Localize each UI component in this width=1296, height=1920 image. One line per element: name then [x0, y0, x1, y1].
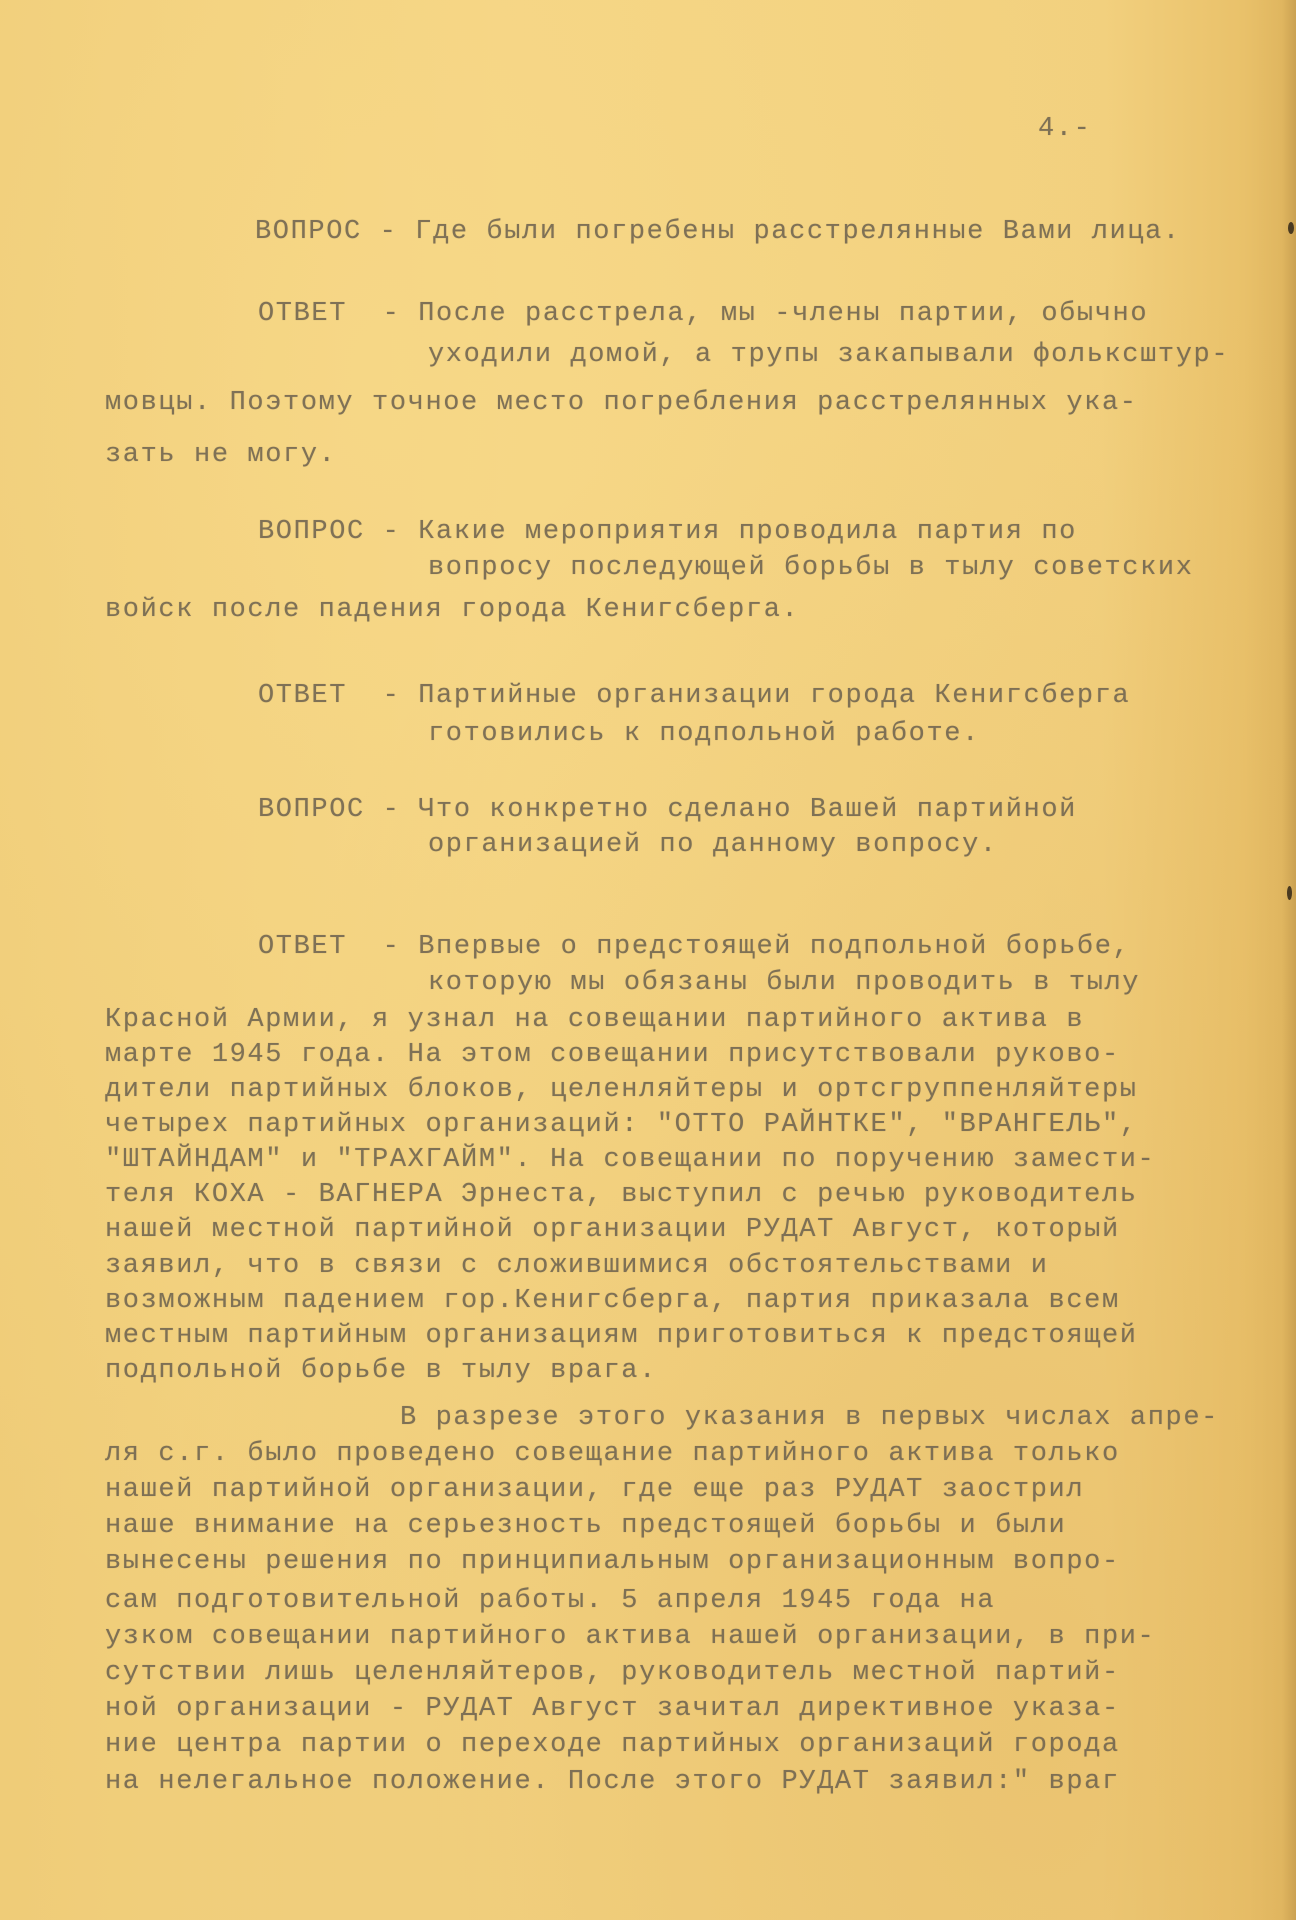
text-line: ние центра партии о переходе партийных о… [105, 1728, 1120, 1762]
text-line: ной организации - РУДАТ Август зачитал д… [105, 1692, 1120, 1726]
text-line: уходили домой, а трупы закапывали фолькс… [428, 338, 1229, 372]
text-line: которую мы обязаны были проводить в тылу [428, 966, 1140, 1000]
page-edge-shadow [1282, 0, 1296, 1920]
text-line: ВОПРОС - Что конкретно сделано Вашей пар… [258, 793, 1077, 827]
text-line: нашей партийной организации, где еще раз… [105, 1473, 1084, 1507]
text-line: "ШТАЙНДАМ" и "ТРАХГАЙМ". На совещании по… [105, 1143, 1155, 1177]
text-line: ОТВЕТ - После расстрела, мы -члены парти… [258, 297, 1148, 331]
text-line: наше внимание на серьезность предстоящей… [105, 1509, 1066, 1543]
text-line: ВОПРОС - Какие мероприятия проводила пар… [258, 515, 1077, 549]
text-line: вынесены решения по принципиальным орган… [105, 1545, 1120, 1579]
text-line: готовились к подпольной работе. [428, 717, 980, 751]
text-line: войск после падения города Кенигсберга. [105, 593, 799, 627]
text-line: сам подготовительной работы. 5 апреля 19… [105, 1584, 995, 1618]
text-line: местным партийным организациям приготови… [105, 1319, 1138, 1353]
text-line: вопросу последующей борьбы в тылу советс… [428, 551, 1194, 585]
text-line: ОТВЕТ - Впервые о предстоящей подпольной… [258, 930, 1130, 964]
text-line: на нелегальное положение. После этого РУ… [105, 1765, 1120, 1799]
text-line: сутствии лишь целенляйтеров, руководител… [105, 1656, 1120, 1690]
text-line: возможным падением гор.Кенигсберга, парт… [105, 1284, 1120, 1318]
page-number: 4.- [1038, 112, 1091, 146]
text-line: мовцы. Поэтому точное место погребления … [105, 386, 1138, 420]
text-line: Красной Армии, я узнал на совещании парт… [105, 1003, 1084, 1037]
text-line: ля с.г. было проведено совещание партийн… [105, 1437, 1120, 1471]
text-line: нашей местной партийной организации РУДА… [105, 1213, 1120, 1247]
text-line: четырех партийных организаций: "ОТТО РАЙ… [105, 1108, 1138, 1142]
text-line: зать не могу. [105, 438, 336, 472]
text-line: подпольной борьбе в тылу врага. [105, 1354, 657, 1388]
text-line: заявил, что в связи с сложившимися обсто… [105, 1249, 1049, 1283]
text-line: дители партийных блоков, целенляйтеры и … [105, 1073, 1138, 1107]
text-line: узком совещании партийного актива нашей … [105, 1620, 1155, 1654]
text-line: организацией по данному вопросу. [428, 828, 998, 862]
text-line: теля КОХА - ВАГНЕРА Эрнеста, выступил с … [105, 1178, 1138, 1212]
text-line: В разрезе этого указания в первых числах… [400, 1401, 1219, 1435]
text-line: ОТВЕТ - Партийные организации города Кен… [258, 679, 1130, 713]
text-line: марте 1945 года. На этом совещании прису… [105, 1038, 1120, 1072]
paper-mark [1288, 222, 1294, 234]
text-line: ВОПРОС - Где были погребены расстрелянны… [255, 215, 1181, 249]
paper-mark [1287, 886, 1292, 900]
